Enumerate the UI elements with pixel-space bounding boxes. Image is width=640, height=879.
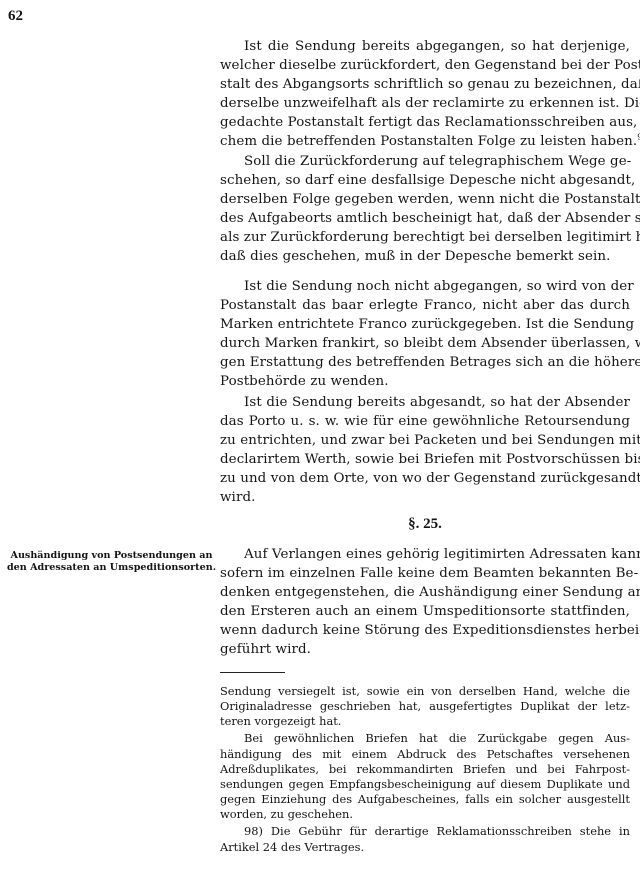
text-line-with-footnote: chem die betreffenden Postanstalten Folg…: [220, 132, 630, 151]
text-line: Ist die Sendung bereits abgesandt, so ha…: [220, 393, 630, 412]
footnote-divider: [220, 672, 285, 673]
footnote-line: Bei gewöhnlichen Briefen hat die Zurückg…: [220, 731, 630, 746]
footnote-98-line: Artikel 24 des Vertrages.: [220, 840, 630, 855]
footnote-line: gegen Einziehung des Aufgabescheines, fa…: [220, 792, 630, 807]
footnote-line: sendungen gegen Empfangsbescheinigung au…: [220, 777, 630, 792]
text-line: denken entgegenstehen, die Aushändigung …: [220, 583, 630, 602]
footnote-line: Sendung versiegelt ist, sowie ein von de…: [220, 684, 630, 699]
footnote-98: 98) Die Gebühr für derartige Reklamation…: [220, 824, 630, 839]
text-line: Postbehörde zu wenden.: [220, 372, 630, 391]
text-line: Auf Verlangen eines gehörig legitimirten…: [220, 545, 630, 564]
text-line: zu entrichten, und zwar bei Packeten und…: [220, 431, 630, 450]
text-line: geführt wird.: [220, 640, 630, 659]
text-line: derselben Folge gegeben werden, wenn nic…: [220, 190, 630, 209]
text-line: sofern im einzelnen Falle keine dem Beam…: [220, 564, 630, 583]
text-line: declarirtem Werth, sowie bei Briefen mit…: [220, 450, 630, 469]
page-number: 62: [8, 8, 23, 25]
text-line: durch Marken frankirt, so bleibt dem Abs…: [220, 334, 630, 353]
footnote-line: Adreßduplikates, bei rekommandirten Brie…: [220, 762, 630, 777]
text-line: derselbe unzweifelhaft als der reclamirt…: [220, 94, 630, 113]
text-line: gen Erstattung des betreffenden Betrages…: [220, 353, 630, 372]
text-line: daß dies geschehen, muß in der Depesche …: [220, 247, 630, 266]
margin-sidenote: Aushändigung von Postsendungen an den Ad…: [4, 550, 219, 574]
footnote-line: Originaladresse geschrieben hat, ausgefe…: [220, 699, 630, 714]
text-line: Soll die Zurückforderung auf telegraphis…: [220, 152, 630, 171]
footnote-line: worden, zu geschehen.: [220, 807, 630, 822]
footnote-line: händigung des mit einem Abdruck des Pets…: [220, 747, 630, 762]
text-line: wenn dadurch keine Störung des Expeditio…: [220, 621, 630, 640]
text-line: Ist die Sendung noch nicht abgegangen, s…: [220, 277, 630, 296]
text-line: zu und von dem Orte, von wo der Gegensta…: [220, 469, 630, 488]
text-line: wird.: [220, 488, 630, 507]
text-line: das Porto u. s. w. wie für eine gewöhnli…: [220, 412, 630, 431]
text-line: als zur Zurückforderung berechtigt bei d…: [220, 228, 630, 247]
text-line: Marken entrichtete Franco zurückgegeben.…: [220, 315, 630, 334]
text-line: Ist die Sendung bereits abgegangen, so h…: [220, 37, 630, 56]
text-line: welcher dieselbe zurückfordert, den Gege…: [220, 56, 630, 75]
footnote-line: teren vorgezeigt hat.: [220, 714, 630, 729]
text-line: des Aufgabeorts amtlich bescheinigt hat,…: [220, 209, 630, 228]
text-line: gedachte Postanstalt fertigt das Reclama…: [220, 113, 630, 132]
section-heading: §. 25.: [220, 516, 630, 533]
text-line: den Ersteren auch an einem Umspeditionso…: [220, 602, 630, 621]
text-line: Postanstalt das baar erlegte Franco, nic…: [220, 296, 630, 315]
text-line: schehen, so darf eine desfallsige Depesc…: [220, 171, 630, 190]
text-line: stalt des Abgangsorts schriftlich so gen…: [220, 75, 630, 94]
text-line: chem die betreffenden Postanstalten Folg…: [220, 134, 637, 149]
